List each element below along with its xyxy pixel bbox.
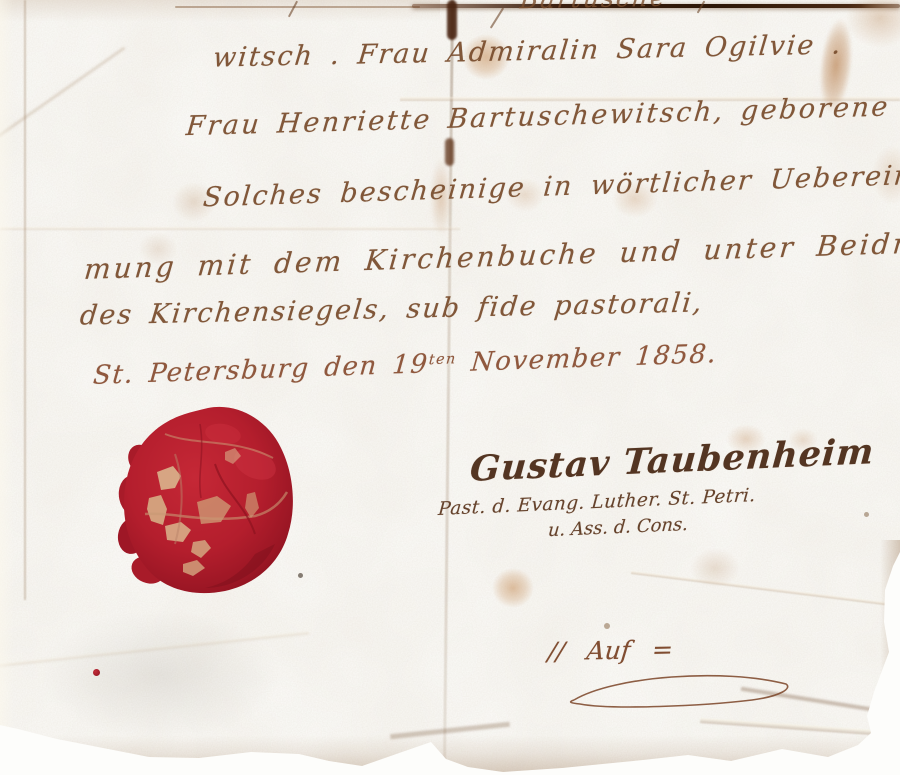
- stain: [690, 548, 740, 588]
- ink-stroke-fragment: [697, 0, 706, 13]
- handwritten-text: // Auf =: [546, 635, 674, 666]
- wax-seal-body: [115, 407, 293, 593]
- ink-stroke-fragment: [288, 1, 298, 18]
- document-page: Bartusche witsch . Frau Admiralin Sara O…: [0, 0, 900, 775]
- stain: [492, 568, 534, 608]
- date-post: November 1858.: [455, 339, 719, 378]
- ink-stroke-fragment: [490, 7, 504, 28]
- handwritten-text: Frau Henriette Bartuschewitsch, geborene…: [185, 87, 900, 142]
- handwritten-text: Gustav Taubenheim: [469, 431, 876, 490]
- docket-right-mark: =: [651, 635, 675, 664]
- flourish-underline: [552, 658, 812, 713]
- bottom-crumple-fold: [700, 718, 900, 737]
- handwritten-text: mung mit dem Kirchenbuche und unter Beid…: [83, 223, 900, 286]
- diagonal-crease: [631, 571, 900, 608]
- left-edge-highlight: [0, 0, 14, 775]
- handwritten-line-henriette: Frau Henriette Bartuschewitsch, geborene…: [186, 87, 900, 142]
- handwritten-text: Bartusche: [518, 0, 668, 14]
- ink-fleck: [604, 623, 610, 629]
- fold-ink-blotch: [445, 138, 454, 166]
- handwritten-line-seal: des Kirchensiegels, sub fide pastorali,: [80, 287, 704, 331]
- signature-title-line1: Past. d. Evang. Luther. St. Petri.: [438, 485, 757, 520]
- signature-title-line2: u. Ass. d. Cons.: [548, 514, 689, 541]
- top-fold-line-left: [175, 6, 420, 8]
- stain: [40, 610, 280, 740]
- bottom-torn-edge-shadow: [0, 735, 900, 775]
- diagonal-crease: [0, 631, 309, 667]
- handwritten-text: witsch . Frau Admiralin Sara Ogilvie .: [211, 29, 844, 73]
- deckle-edge-line: [24, 0, 26, 600]
- handwritten-line-churchbook: mung mit dem Kirchenbuche und unter Beid…: [84, 223, 900, 286]
- date-superscript: ten: [428, 351, 457, 368]
- bottom-crumple-fold: [741, 687, 900, 718]
- signature-name: Gustav Taubenheim: [469, 431, 875, 490]
- handwritten-text: des Kirchensiegels, sub fide pastorali,: [78, 287, 704, 331]
- corner-crease: [0, 47, 125, 147]
- handwritten-text: u. Ass. d. Cons.: [547, 514, 689, 541]
- stain: [845, 0, 900, 48]
- handwritten-dateline: St. Petersburg den 19ten November 1858.: [93, 339, 718, 391]
- ink-fleck: [864, 512, 869, 517]
- docket-left-mark: //: [546, 637, 566, 666]
- horizontal-crease: [0, 227, 460, 230]
- handwritten-text: Solches bescheinige in wörtlicher Uebere…: [202, 158, 900, 214]
- handwritten-line-certify: Solches bescheinige in wörtlicher Uebere…: [203, 158, 900, 214]
- right-torn-edge-shadow: [880, 540, 900, 775]
- handwritten-text: Past. d. Evang. Luther. St. Petri.: [437, 485, 756, 520]
- top-crease-band: [0, 0, 440, 22]
- scanned-document: Bartusche witsch . Frau Admiralin Sara O…: [0, 0, 900, 775]
- wax-seal: [105, 394, 315, 604]
- wax-droplet: [93, 669, 100, 676]
- docket-note: // Auf =: [548, 635, 674, 666]
- fold-ink-blotch: [447, 0, 457, 40]
- handwritten-line-ogilvie: witsch . Frau Admiralin Sara Ogilvie .: [213, 29, 843, 73]
- docket-word: Auf: [585, 636, 631, 666]
- handwritten-line-cutoff: Bartusche: [520, 0, 668, 14]
- bottom-crumple-fold: [390, 722, 510, 740]
- date-pre: St. Petersburg den 19: [92, 349, 430, 391]
- handwritten-text: St. Petersburg den 19ten November 1858.: [92, 339, 719, 391]
